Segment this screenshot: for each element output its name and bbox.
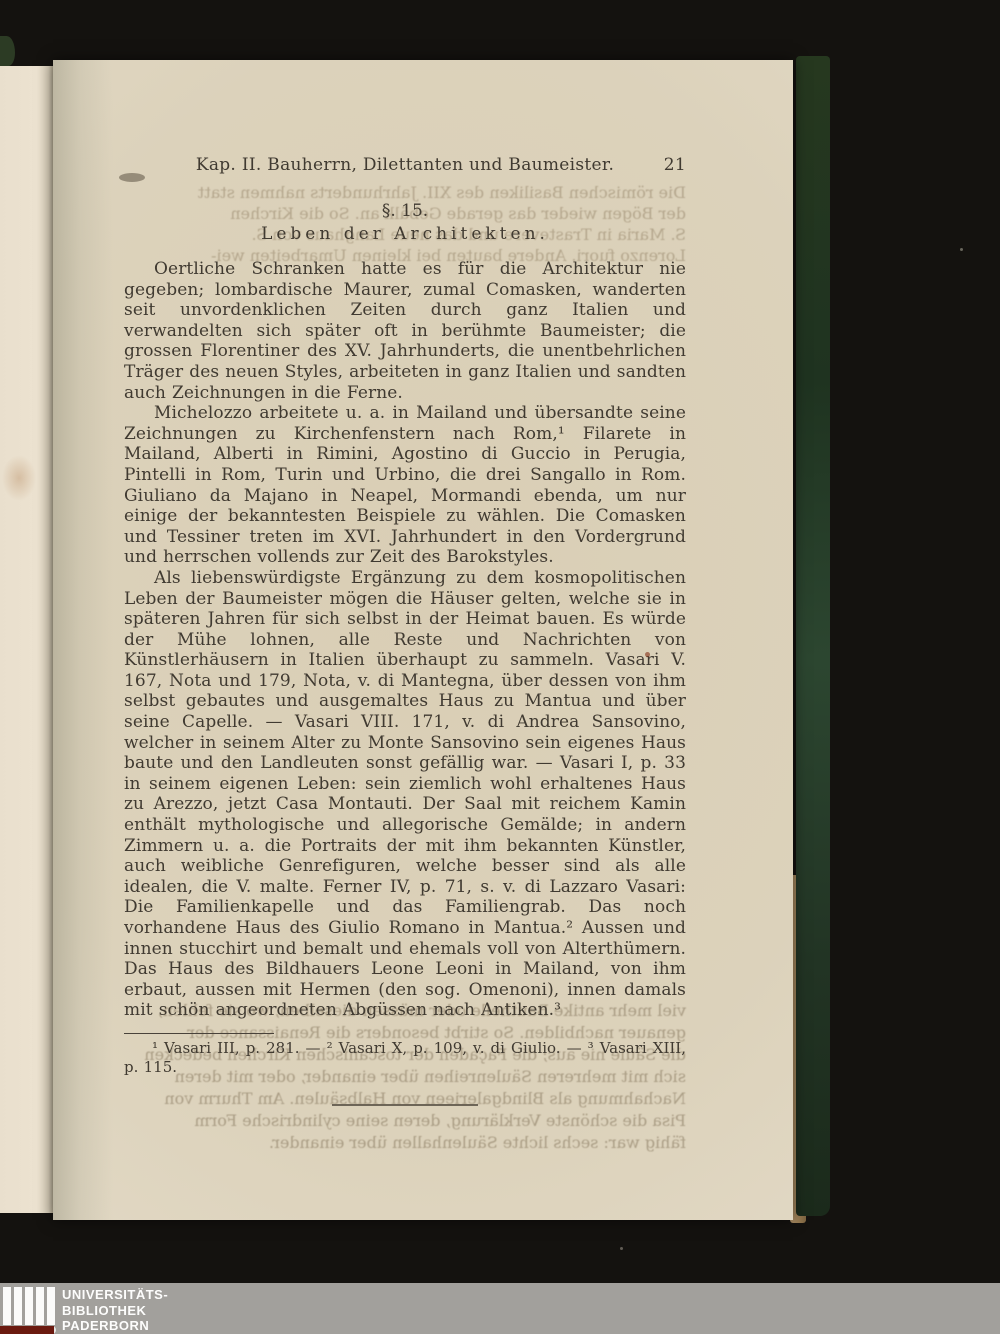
gutter-shadow — [53, 60, 113, 1220]
ub-paderborn-logo — [3, 1287, 59, 1331]
library-name-line: PADERBORN — [62, 1318, 168, 1334]
dust-speck — [620, 1247, 623, 1250]
footnote-separator — [124, 1033, 274, 1034]
footnote: ¹ Vasari III, p. 281. — ² Vasari X, p. 1… — [124, 1039, 686, 1077]
page-blemish — [119, 173, 145, 182]
paragraph-2: Michelozzo arbeitete u. a. in Mailand un… — [124, 403, 686, 568]
section-title: Leben der Architekten. — [124, 224, 686, 244]
logo-bar — [14, 1287, 22, 1325]
page-stain — [2, 455, 36, 501]
library-name: UNIVERSITÄTS- BIBLIOTHEK PADERBORN — [62, 1287, 168, 1334]
bleedthrough-line: Pisa die schönste Verklärung, deren sein… — [124, 1110, 686, 1132]
page-number: 21 — [664, 155, 686, 175]
scanned-book-photo: Die römischen Basiliken des XII. Jahrhun… — [0, 0, 1000, 1334]
page-header: Kap. II. Bauherrn, Dilettanten und Baume… — [124, 155, 686, 177]
library-watermark-band: UNIVERSITÄTS- BIBLIOTHEK PADERBORN — [0, 1283, 1000, 1334]
book-cover-edge — [796, 56, 830, 1216]
paragraph-3: Als liebenswürdigste Ergänzung zu dem ko… — [124, 568, 686, 1021]
dust-speck — [960, 248, 963, 251]
logo-red-strip — [0, 1326, 54, 1334]
paragraph-1: Oertliche Schranken hatte es für die Arc… — [124, 259, 686, 403]
section-end-rule — [332, 1104, 478, 1106]
text-block: Kap. II. Bauherrn, Dilettanten und Baume… — [124, 155, 686, 1106]
book-page: Die römischen Basiliken des XII. Jahrhun… — [53, 60, 793, 1220]
logo-bar — [3, 1287, 11, 1325]
logo-bar — [47, 1287, 55, 1325]
library-name-line: BIBLIOTHEK — [62, 1303, 168, 1319]
facing-page-edge — [0, 66, 53, 1213]
bleedthrough-line: fähig war: sechs lichte Säulenhallen übe… — [124, 1132, 686, 1154]
section-mark: §. 15. — [124, 201, 686, 221]
logo-bar — [36, 1287, 44, 1325]
logo-bar — [25, 1287, 33, 1325]
library-name-line: UNIVERSITÄTS- — [62, 1287, 168, 1303]
running-title: Kap. II. Bauherrn, Dilettanten und Baume… — [124, 155, 686, 175]
book-cover-corner — [0, 36, 15, 66]
ink-speck — [645, 652, 650, 657]
